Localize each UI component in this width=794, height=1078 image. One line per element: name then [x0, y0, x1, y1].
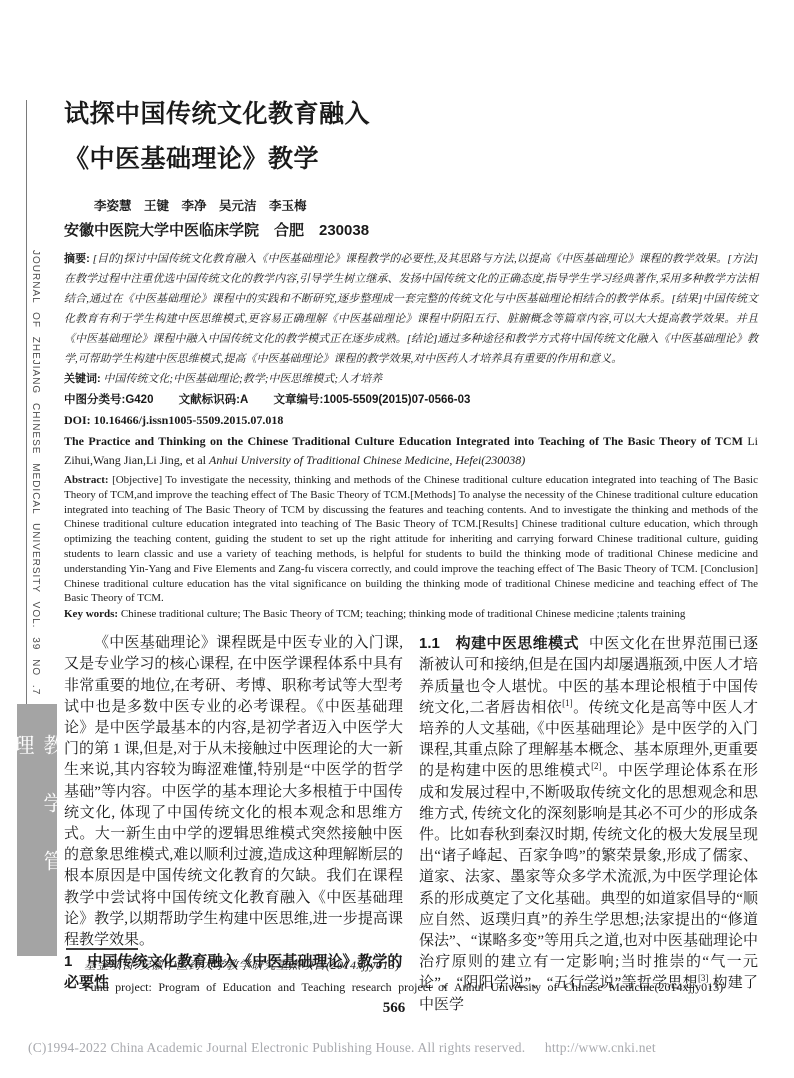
fund-project-cn: 基金项目:安徽中医药大学教学研究重点项目(2014xjjy013)	[84, 956, 400, 973]
scanned-paper-page: JOURNAL OF ZHEJIANG CHINESE MEDICAL UNIV…	[0, 0, 794, 1078]
citation-ref-2: [2]	[591, 761, 602, 771]
right-column: 1.1 构建中医思维模式中医文化在世界范围已逐渐被认可和接纳,但是在国内却屡遇瓶…	[419, 633, 758, 1016]
document-code: 文献标识码:A	[179, 394, 249, 406]
classification-line: 中图分类号:G420 文献标识码:A 文章编号:1005-5509(2015)0…	[64, 390, 758, 410]
cnki-url: http://www.cnki.net	[545, 1040, 656, 1055]
abstract-cn: 摘要: [目的]探讨中国传统文化教育融入《中医基础理论》课程教学的必要性,及其思…	[64, 249, 758, 369]
section-1-1-paragraph: 1.1 构建中医思维模式中医文化在世界范围已逐渐被认可和接纳,但是在国内却屡遇瓶…	[419, 633, 758, 1016]
abstract-cn-text: [目的]探讨中国传统文化教育融入《中医基础理论》课程教学的必要性,及其思路与方法…	[64, 253, 758, 365]
title-line-1: 试探中国传统文化教育融入	[64, 92, 758, 137]
abstract-en: Abstract: [Objective] To investigate the…	[64, 473, 758, 606]
authors-line: 李姿慧 王键 李净 吴元洁 李玉梅	[64, 196, 758, 214]
footnote-separator	[66, 948, 138, 950]
article-title: 试探中国传统文化教育融入 《中医基础理论》教学	[64, 92, 758, 182]
abstract-en-text: [Objective] To investigate the necessity…	[64, 474, 758, 604]
section-tab-teaching-management: 教学管理	[17, 704, 57, 956]
english-title: The Practice and Thinking on the Chinese…	[64, 434, 743, 448]
keywords-en: Key words: Chinese traditional culture; …	[64, 607, 758, 622]
article-content: 试探中国传统文化教育融入 《中医基础理论》教学 李姿慧 王键 李净 吴元洁 李玉…	[64, 0, 758, 1016]
keywords-cn: 关键词: 中国传统文化;中医基础理论;教学;中医思维模式;人才培养	[64, 369, 758, 389]
citation-ref-1: [1]	[562, 698, 573, 708]
copyright-text: (C)1994-2022 China Academic Journal Elec…	[28, 1040, 525, 1055]
abstract-en-label: Abstract:	[64, 474, 109, 486]
clc-number: 中图分类号:G420	[64, 394, 153, 406]
abstract-cn-label: 摘要:	[64, 253, 90, 265]
section-tab-label: 教学管理	[7, 734, 67, 956]
intro-paragraph: 《中医基础理论》课程既是中医专业的入门课,又是专业学习的核心课程, 在中医学课程…	[64, 633, 403, 951]
paragraph-text: 。中医学理论体系在形成和发展过程中,不断吸取传统文化的思想观念和思维方式, 传统…	[419, 763, 758, 991]
keywords-en-label: Key words:	[64, 608, 118, 620]
doi-line: DOI: 10.16466/j.issn1005-5509.2015.07.01…	[64, 410, 758, 430]
english-title-block: The Practice and Thinking on the Chinese…	[64, 432, 758, 470]
article-id: 文章编号:1005-5509(2015)07-0566-03	[274, 394, 471, 406]
english-affiliation: Anhui University of Traditional Chinese …	[209, 453, 525, 467]
journal-name-vertical: JOURNAL OF ZHEJIANG CHINESE MEDICAL UNIV…	[30, 250, 41, 720]
keywords-cn-text: 中国传统文化;中医基础理论;教学;中医思维模式;人才培养	[103, 373, 382, 385]
affiliation-line: 安徽中医院大学中医临床学院 合肥 230038	[64, 219, 758, 240]
subsection-heading-1-1: 1.1 构建中医思维模式	[419, 635, 579, 652]
keywords-en-text: Chinese traditional culture; The Basic T…	[121, 608, 686, 620]
page-number: 566	[64, 1000, 724, 1017]
copyright-line: (C)1994-2022 China Academic Journal Elec…	[28, 1040, 656, 1056]
sidebar-vertical-rule	[26, 100, 27, 706]
title-line-2: 《中医基础理论》教学	[64, 137, 758, 182]
fund-project-en: Fund project: Program of Education and T…	[84, 980, 746, 995]
keywords-cn-label: 关键词:	[64, 373, 101, 385]
